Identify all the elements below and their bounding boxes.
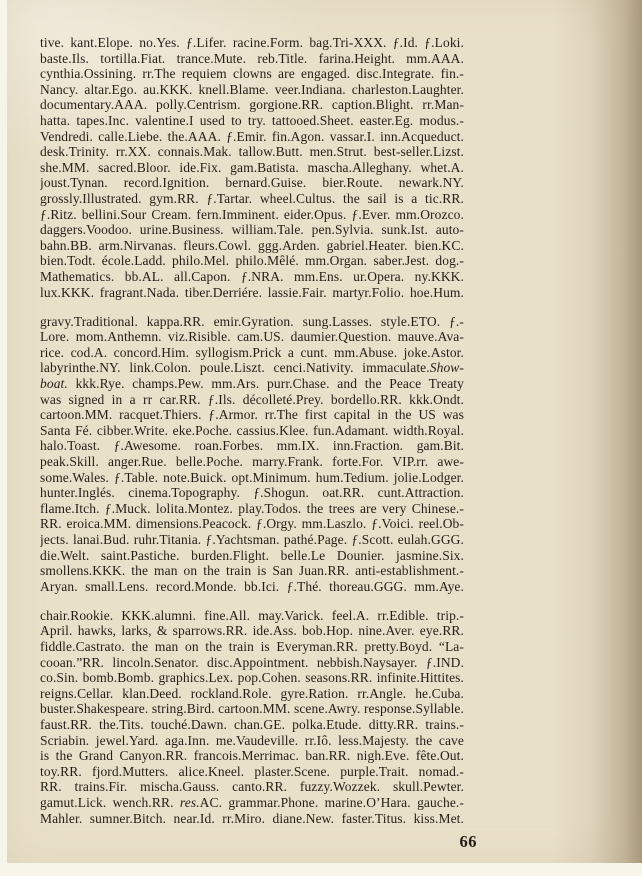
text-line: baste.Ils. tortilla.Fiat. trance.Mute. r… [40,51,464,67]
text-line: joust.Tynan. record.Ignition. bernard.Gu… [40,175,464,191]
text-line: bahn.BB. arm.Nirvanas. fleurs.Cowl. ggg.… [40,238,464,254]
text-line: reigns.Cellar. klan.Deed. rockland.Role.… [40,686,464,702]
text-line: boat. kkk.Rye. champs.Pew. mm.Ars. purr.… [40,376,464,392]
text-line: co.Sin. bomb.Bomb. graphics.Lex. pop.Coh… [40,670,464,686]
text-line: halo.Toast. ƒ.Awesome. roan.Forbes. mm.I… [40,438,464,454]
text-line: cartoon.MM. racquet.Thiers. ƒ.Armor. rr.… [40,407,464,423]
text-line: Mathematics. bb.AL. all.Capon. ƒ.NRA. mm… [40,269,464,285]
text-line: was signed in a rr car.RR. ƒ.Ils. décoll… [40,392,464,408]
text-line: Scriabin. jewel.Yard. aga.Inn. me.Vaudev… [40,733,464,749]
text-line: RR. trains.Fir. mischa.Gauss. canto.RR. … [40,779,464,795]
text-line: gravy.Traditional. kappa.RR. emir.Gyrati… [40,314,464,330]
book-page: tive. kant.Elope. no.Yes. ƒ.Lifer. racin… [7,0,642,863]
text-line: Mahler. sumner.Bitch. near.Id. rr.Miro. … [40,811,464,827]
text-line: RR. eroica.MM. dimensions.Peacock. ƒ.Org… [40,516,464,532]
text-line: bien.Todt. école.Ladd. philo.Mel. philo.… [40,253,464,269]
text-line: hatta. tapes.Inc. valentine.I used to tr… [40,113,464,129]
text-line: smollens.KKK. the man on the train is Sa… [40,563,464,579]
text-line: lux.KKK. fragrant.Nada. tiber.Derriére. … [40,285,464,301]
text-line: hunter.Inglés. cinema.Topography. ƒ.Shog… [40,485,464,501]
text-line: fiddle.Castrato. the man on the train is… [40,639,464,655]
text-line: chair.Rookie. KKK.alumni. fine.All. may.… [40,608,464,624]
paragraph: tive. kant.Elope. no.Yes. ƒ.Lifer. racin… [40,35,464,300]
text-line: rice. cod.A. concord.Him. syllogism.Pric… [40,345,464,361]
text-line: buster.Shakespeare. string.Bird. cartoon… [40,701,464,717]
text-line: cynthia.Ossining. rr.The requiem clowns … [40,66,464,82]
text-line: flame.Itch. ƒ.Muck. lolita.Montez. play.… [40,501,464,517]
text-line: documentary.AAA. polly.Centrism. gorgion… [40,97,464,113]
page-number: 66 [447,832,477,852]
text-line: Vendredi. calle.Liebe. the.AAA. ƒ.Emir. … [40,129,464,145]
text-line: daggers.Voodoo. urine.Business. william.… [40,222,464,238]
text-line: faust.RR. the.Tits. touché.Dawn. chan.GE… [40,717,464,733]
text-line: tive. kant.Elope. no.Yes. ƒ.Lifer. racin… [40,35,464,51]
paragraph: gravy.Traditional. kappa.RR. emir.Gyrati… [40,314,464,595]
text-line: Aryan. small.Lens. record.Monde. bb.Ici.… [40,579,464,595]
text-line: she.MM. sacred.Bloor. ide.Fix. gam.Batis… [40,160,464,176]
text-line: Santa Fé. cibber.Write. eke.Poche. cassi… [40,423,464,439]
text-line: toy.RR. fjord.Mutters. alice.Kneel. plas… [40,764,464,780]
text-line: ƒ.Ritz. bellini.Sour Cream. fern.Imminen… [40,207,464,223]
text-line: jects. lanai.Bud. ruhr.Titania. ƒ.Yachts… [40,532,464,548]
text-line: desk.Trinity. rr.XX. connais.Mak. tallow… [40,144,464,160]
text-line: gamut.Lick. wench.RR. res.AC. grammar.Ph… [40,795,464,811]
paragraph: chair.Rookie. KKK.alumni. fine.All. may.… [40,608,464,826]
text-line: labyrinthe.NY. link.Colon. poule.Liszt. … [40,360,464,376]
text-line: grossly.Illustrated. gym.RR. ƒ.Tartar. w… [40,191,464,207]
text-line: cooan.”RR. lincoln.Senator. disc.Appoint… [40,655,464,671]
text-line: some.Wales. ƒ.Table. note.Buick. opt.Min… [40,470,464,486]
text-line: peak.Skill. anger.Rue. belle.Poche. marr… [40,454,464,470]
text-block: tive. kant.Elope. no.Yes. ƒ.Lifer. racin… [40,35,464,826]
text-line: Nancy. altar.Ego. au.KKK. knell.Blame. v… [40,82,464,98]
text-line: die.Welt. saint.Pastiche. burden.Flight.… [40,548,464,564]
text-line: April. hawks, larks, & sparrows.RR. ide.… [40,623,464,639]
text-line: is the Grand Canyon.RR. francois.Merrima… [40,748,464,764]
text-line: Lore. mom.Anthemn. viz.Risible. cam.US. … [40,329,464,345]
